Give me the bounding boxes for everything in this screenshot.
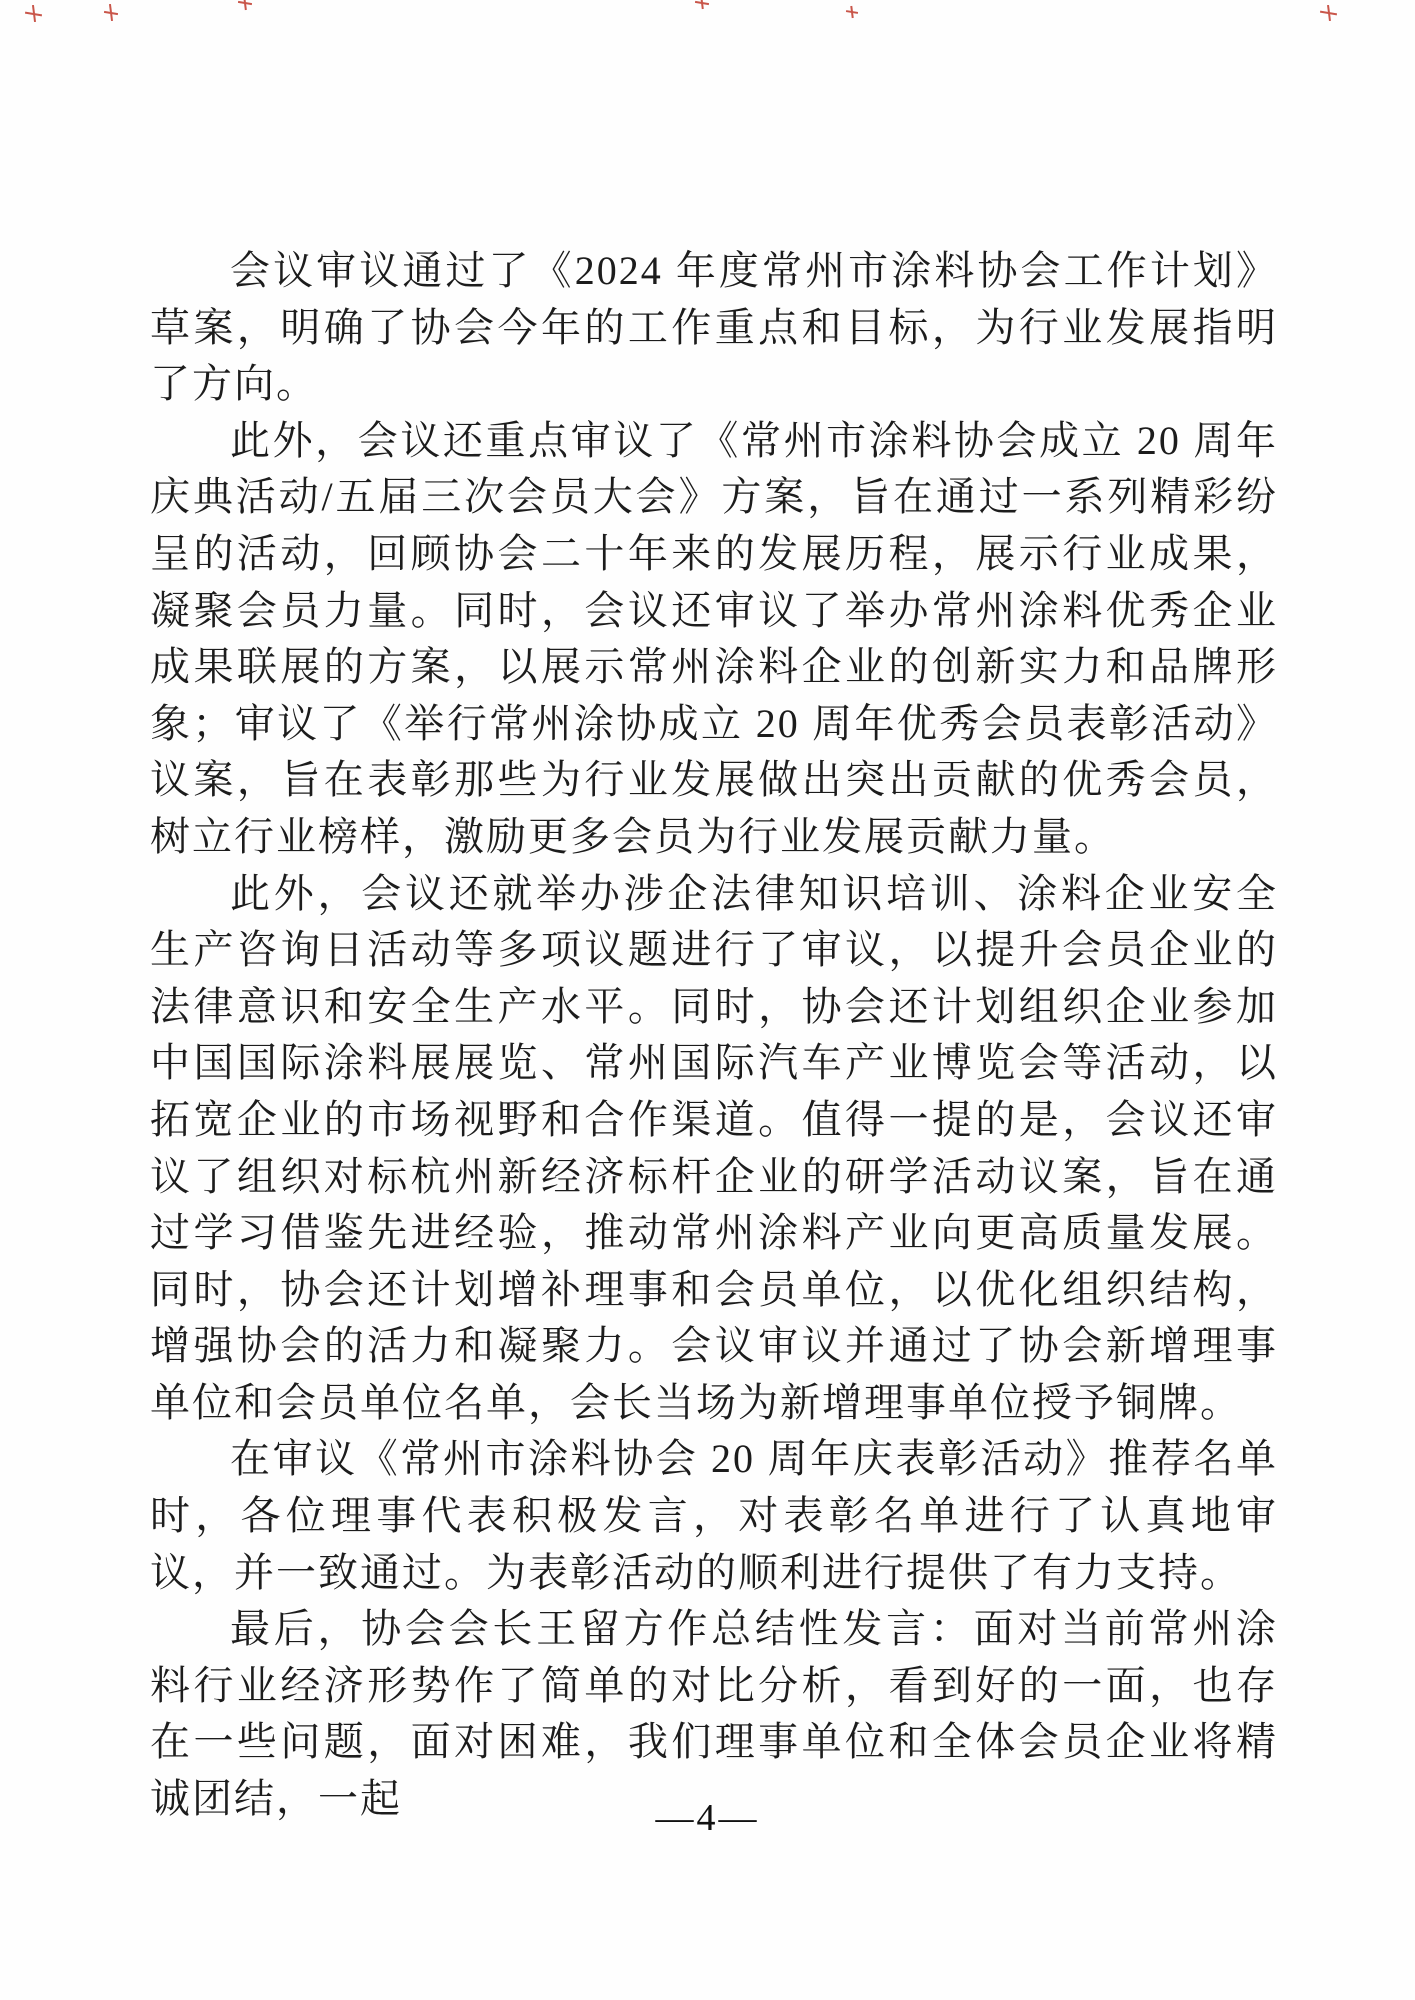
red-ink-artifact <box>1320 5 1337 21</box>
paragraph-work-plan: 会议审议通过了《2024 年度常州市涂料协会工作计划》草案，明确了协会今年的工作… <box>150 243 1278 413</box>
document-body: 会议审议通过了《2024 年度常州市涂料协会工作计划》草案，明确了协会今年的工作… <box>150 243 1278 1828</box>
red-ink-artifact <box>104 4 118 21</box>
red-ink-artifact <box>695 0 709 9</box>
paragraph-anniversary-celebration: 此外，会议还重点审议了《常州市涂料协会成立 20 周年庆典活动/五届三次会员大会… <box>150 413 1278 866</box>
page-footer: —4— <box>0 1796 1415 1840</box>
red-ink-artifact <box>238 0 252 10</box>
paragraph-commendation-list: 在审议《常州市涂料协会 20 周年庆表彰活动》推荐名单时，各位理事代表积极发言，… <box>150 1431 1278 1601</box>
paragraph-president-speech: 最后，协会会长王留方作总结性发言：面对当前常州涂料行业经济形势作了简单的对比分析… <box>150 1601 1278 1827</box>
red-ink-artifact <box>25 5 42 22</box>
page-number: —4— <box>656 1797 760 1839</box>
document-page: 会议审议通过了《2024 年度常州市涂料协会工作计划》草案，明确了协会今年的工作… <box>0 0 1415 2000</box>
paragraph-training-and-expansion: 此外，会议还就举办涉企法律知识培训、涂料企业安全生产咨询日活动等多项议题进行了审… <box>150 866 1278 1432</box>
red-ink-artifact <box>846 6 858 18</box>
